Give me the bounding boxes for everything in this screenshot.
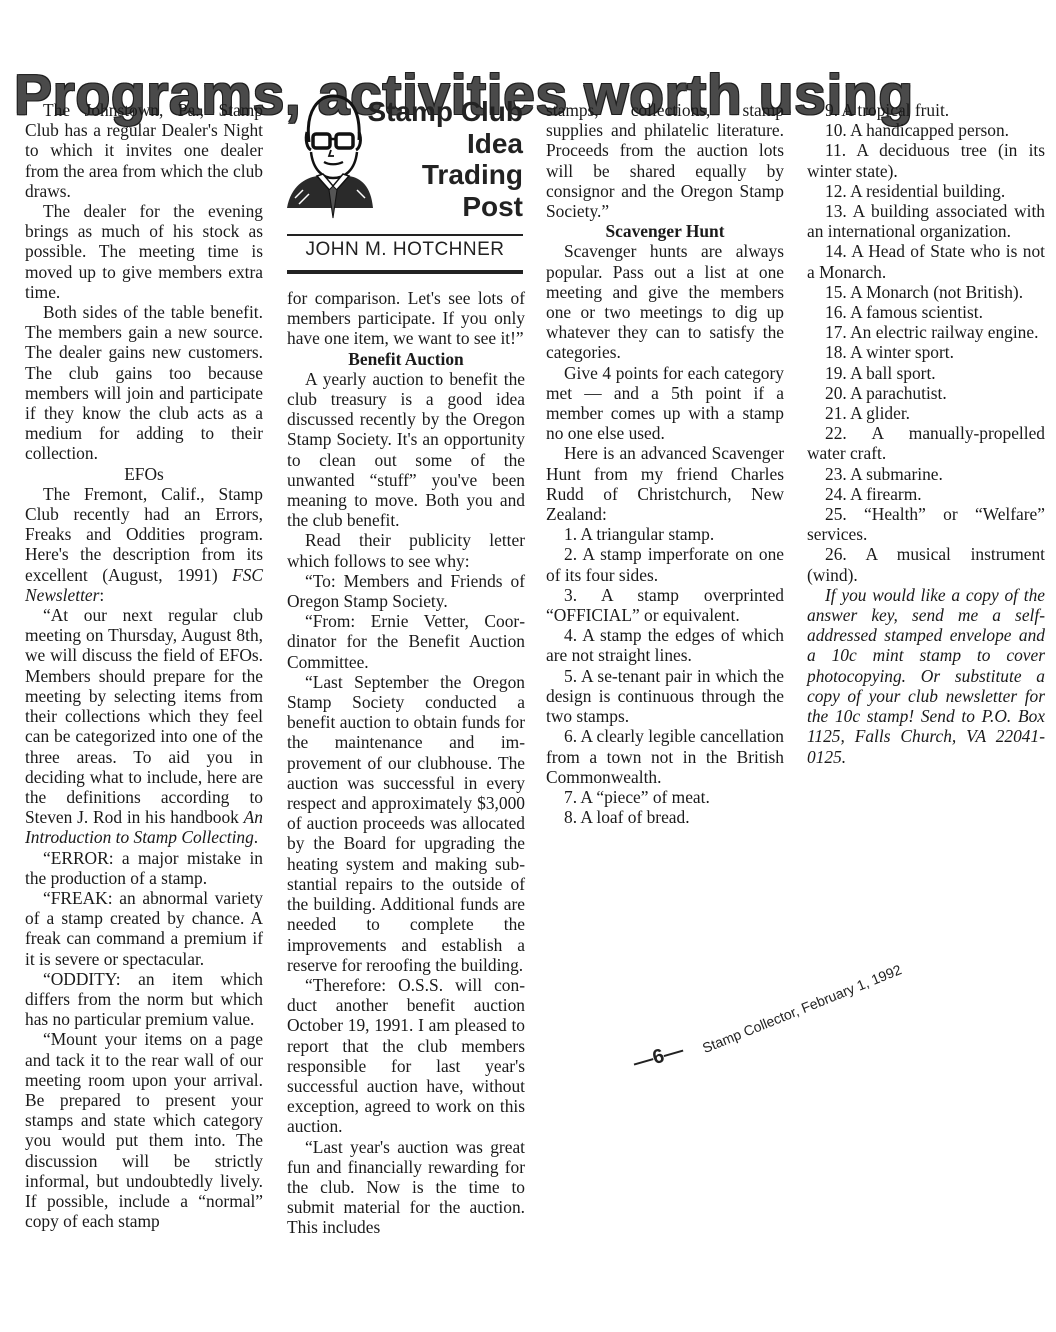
column-logo: Stamp Club Idea Trading Post JOHN M. HOT… — [287, 90, 523, 276]
paragraph: Read their publicity letter which follow… — [287, 530, 525, 570]
divider — [287, 234, 523, 236]
list-item: 3. A stamp overprinted “OFFICIAL” or equ… — [546, 585, 784, 625]
list-item: 9. A tropical fruit. — [807, 100, 1045, 120]
paragraph: “From: Ernie Vetter, Coor­dinator for th… — [287, 611, 525, 672]
paragraph: “To: Members and Friends of Oregon Stamp… — [287, 571, 525, 611]
list-item: 8. A loaf of bread. — [546, 807, 784, 827]
paragraph: The dealer for the evening brings as muc… — [25, 201, 263, 302]
paragraph: Give 4 points for each cat­egory met — a… — [546, 363, 784, 444]
article-column-2: Stamp Club Idea Trading Post JOHN M. HOT… — [287, 90, 525, 1238]
byline: JOHN M. HOTCHNER — [287, 240, 523, 260]
list-item: 18. A winter sport. — [807, 342, 1045, 362]
answer-key-offer: If you would like a copy of the answer k… — [807, 585, 1045, 767]
list-item: 25. “Health” or “Welfare” services. — [807, 504, 1045, 544]
paragraph: The Johnstown, Pa., Stamp Club has a reg… — [25, 100, 263, 201]
list-item: 1. A triangular stamp. — [546, 524, 784, 544]
paragraph: “At our next regular club meeting on Thu… — [25, 605, 263, 847]
list-item: 13. A building associated with an intern… — [807, 201, 1045, 241]
paragraph: “Last year's auction was great fun and f… — [287, 1137, 525, 1238]
paragraph: stamps, collections, stamp supplies and … — [546, 100, 784, 221]
list-item: 22. A manually-propelled water craft. — [807, 423, 1045, 463]
paragraph: “FREAK: an abnormal va­riety of a stamp … — [25, 888, 263, 969]
list-item: 24. A firearm. — [807, 484, 1045, 504]
list-item: 5. A se-tenant pair in which the design … — [546, 666, 784, 727]
paragraph: “ERROR: a major mistake in the productio… — [25, 848, 263, 888]
paragraph: The Fremont, Calif., Stamp Club recently… — [25, 484, 263, 605]
list-item: 19. A ball sport. — [807, 363, 1045, 383]
list-item: 17. An electric railway en­gine. — [807, 322, 1045, 342]
article-column-3: stamps, collections, stamp supplies and … — [546, 100, 784, 827]
paragraph: A yearly auction to benefit the club tre… — [287, 369, 525, 531]
page-number: —6— — [631, 1039, 686, 1075]
list-item: 11. A deciduous tree (in its winter stat… — [807, 140, 1045, 180]
list-item: 23. A submarine. — [807, 464, 1045, 484]
list-item: 2. A stamp imperforate on one of its fou… — [546, 544, 784, 584]
column-logo-title: Stamp Club Idea Trading Post — [367, 96, 523, 222]
list-item: 14. A Head of State who is not a Monarch… — [807, 241, 1045, 281]
article-column-1: The Johnstown, Pa., Stamp Club has a reg… — [25, 100, 263, 1231]
list-item: 15. A Monarch (not Brit­ish). — [807, 282, 1045, 302]
list-item: 4. A stamp the edges of which are not st… — [546, 625, 784, 665]
paragraph: Both sides of the table ben­efit. The me… — [25, 302, 263, 464]
list-item: 26. A musical instrument (wind). — [807, 544, 1045, 584]
paragraph: Scavenger hunts are always popular. Pass… — [546, 241, 784, 362]
author-portrait-icon — [287, 90, 373, 220]
paragraph: “ODDITY: an item which differs from the … — [25, 969, 263, 1030]
list-item: 7. A “piece” of meat. — [546, 787, 784, 807]
paragraph: “Therefore: O.S.S. will con­duct another… — [287, 975, 525, 1137]
list-item: 6. A clearly legible cancel­lation from … — [546, 726, 784, 787]
list-item: 10. A handicapped person. — [807, 120, 1045, 140]
divider — [287, 270, 523, 274]
list-item: 21. A glider. — [807, 403, 1045, 423]
paragraph: for comparison. Let's see lots of member… — [287, 288, 525, 349]
publication-dateline: Stamp Collector, February 1, 1992 — [700, 961, 904, 1056]
list-item: 20. A parachutist. — [807, 383, 1045, 403]
article-column-4: 9. A tropical fruit. 10. A handicapped p… — [807, 100, 1045, 767]
paragraph: “Last September the Or­egon Stamp Societ… — [287, 672, 525, 975]
paragraph: “Mount your items on a page and tack it … — [25, 1029, 263, 1231]
subhead-scavenger-hunt: Scavenger Hunt — [546, 221, 784, 241]
list-item: 12. A residential building. — [807, 181, 1045, 201]
paragraph: Here is an advanced Scav­enger Hunt from… — [546, 443, 784, 524]
list-item: 16. A famous scientist. — [807, 302, 1045, 322]
subhead-efos: EFOs — [25, 464, 263, 484]
subhead-benefit-auction: Benefit Auction — [287, 349, 525, 369]
